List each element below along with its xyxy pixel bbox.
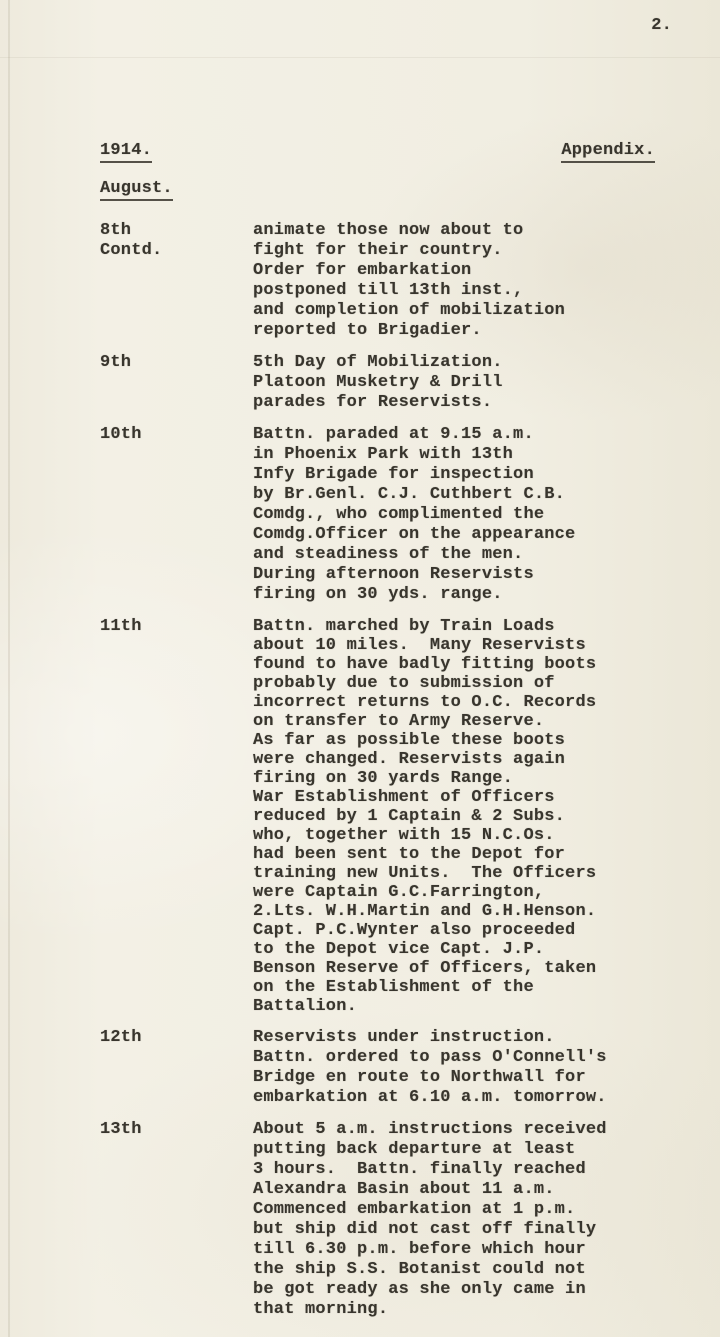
- diary-line: were changed. Reservists again: [253, 750, 596, 769]
- diary-line: Reservists under instruction.: [253, 1028, 607, 1048]
- diary-line: reported to Brigadier.: [253, 321, 565, 341]
- diary-line: 3 hours. Battn. finally reached: [253, 1160, 607, 1180]
- diary-line: about 10 miles. Many Reservists: [253, 636, 596, 655]
- diary-line: found to have badly fitting boots: [253, 655, 596, 674]
- diary-line: reduced by 1 Captain & 2 Subs.: [253, 807, 596, 826]
- entry-date: 8thContd.: [100, 221, 253, 341]
- entry-date-line: 10th: [100, 425, 253, 445]
- diary-line: and steadiness of the men.: [253, 545, 575, 565]
- entry-date-line: 9th: [100, 353, 253, 373]
- entry-date-line: 8th: [100, 221, 253, 241]
- diary-line: incorrect returns to O.C. Records: [253, 693, 596, 712]
- diary-line: and completion of mobilization: [253, 301, 565, 321]
- diary-line: Battn. ordered to pass O'Connell's: [253, 1048, 607, 1068]
- appendix-heading: Appendix.: [561, 141, 655, 163]
- diary-line: embarkation at 6.10 a.m. tomorrow.: [253, 1088, 607, 1108]
- diary-entries: 8thContd.animate those now about tofight…: [100, 221, 655, 1320]
- diary-line: Comdg., who complimented the: [253, 505, 575, 525]
- diary-line: Battn. marched by Train Loads: [253, 617, 596, 636]
- diary-entry: 11thBattn. marched by Train Loadsabout 1…: [100, 617, 655, 1016]
- diary-line: 2.Lts. W.H.Martin and G.H.Henson.: [253, 902, 596, 921]
- entry-text: Reservists under instruction.Battn. orde…: [253, 1028, 607, 1108]
- diary-line: that morning.: [253, 1300, 607, 1320]
- entry-date-line: 12th: [100, 1028, 253, 1048]
- diary-line: War Establishment of Officers: [253, 788, 596, 807]
- entry-date-line: Contd.: [100, 241, 253, 261]
- paper-crease: [0, 57, 720, 58]
- diary-line: till 6.30 p.m. before which hour: [253, 1240, 607, 1260]
- diary-line: were Captain G.C.Farrington,: [253, 883, 596, 902]
- diary-line: who, together with 15 N.C.Os.: [253, 826, 596, 845]
- entry-text: Battn. paraded at 9.15 a.m.in Phoenix Pa…: [253, 425, 575, 605]
- entry-date: 11th: [100, 617, 253, 1016]
- diary-line: Order for embarkation: [253, 261, 565, 281]
- diary-line: Capt. P.C.Wynter also proceeded: [253, 921, 596, 940]
- diary-line: Benson Reserve of Officers, taken: [253, 959, 596, 978]
- diary-line: training new Units. The Officers: [253, 864, 596, 883]
- page-edge-shadow: [8, 0, 10, 1337]
- diary-line: postponed till 13th inst.,: [253, 281, 565, 301]
- entry-text: 5th Day of Mobilization.Platoon Musketry…: [253, 353, 503, 413]
- diary-line: 5th Day of Mobilization.: [253, 353, 503, 373]
- entry-date-line: 11th: [100, 617, 253, 636]
- diary-line: Platoon Musketry & Drill: [253, 373, 503, 393]
- diary-line: to the Depot vice Capt. J.P.: [253, 940, 596, 959]
- diary-entry: 12thReservists under instruction.Battn. …: [100, 1028, 655, 1108]
- diary-entry: 10thBattn. paraded at 9.15 a.m.in Phoeni…: [100, 425, 655, 605]
- entry-text: Battn. marched by Train Loadsabout 10 mi…: [253, 617, 596, 1016]
- diary-line: About 5 a.m. instructions received: [253, 1120, 607, 1140]
- page-header: 1914. Appendix.: [100, 0, 655, 163]
- diary-line: parades for Reservists.: [253, 393, 503, 413]
- page-number: 2.: [651, 16, 672, 35]
- diary-line: Commenced embarkation at 1 p.m.: [253, 1200, 607, 1220]
- entry-text: animate those now about tofight for thei…: [253, 221, 565, 341]
- diary-line: by Br.Genl. C.J. Cuthbert C.B.: [253, 485, 575, 505]
- diary-line: but ship did not cast off finally: [253, 1220, 607, 1240]
- diary-line: probably due to submission of: [253, 674, 596, 693]
- diary-line: Comdg.Officer on the appearance: [253, 525, 575, 545]
- diary-entry: 13thAbout 5 a.m. instructions receivedpu…: [100, 1120, 655, 1320]
- diary-line: As far as possible these boots: [253, 731, 596, 750]
- month-heading-row: August.: [100, 179, 655, 201]
- diary-line: Infy Brigade for inspection: [253, 465, 575, 485]
- diary-line: on the Establishment of the: [253, 978, 596, 997]
- diary-line: Alexandra Basin about 11 a.m.: [253, 1180, 607, 1200]
- diary-line: had been sent to the Depot for: [253, 845, 596, 864]
- entry-date: 9th: [100, 353, 253, 413]
- entry-date: 10th: [100, 425, 253, 605]
- diary-line: firing on 30 yds. range.: [253, 585, 575, 605]
- diary-entry: 8thContd.animate those now about tofight…: [100, 221, 655, 341]
- entry-date-line: 13th: [100, 1120, 253, 1140]
- diary-line: the ship S.S. Botanist could not: [253, 1260, 607, 1280]
- entry-text: About 5 a.m. instructions receivedputtin…: [253, 1120, 607, 1320]
- diary-line: firing on 30 yards Range.: [253, 769, 596, 788]
- year-heading: 1914.: [100, 141, 152, 163]
- month-heading: August.: [100, 179, 173, 201]
- diary-line: fight for their country.: [253, 241, 565, 261]
- diary-line: animate those now about to: [253, 221, 565, 241]
- diary-line: During afternoon Reservists: [253, 565, 575, 585]
- entry-date: 12th: [100, 1028, 253, 1108]
- diary-line: Battn. paraded at 9.15 a.m.: [253, 425, 575, 445]
- diary-line: in Phoenix Park with 13th: [253, 445, 575, 465]
- diary-entry: 9th5th Day of Mobilization.Platoon Muske…: [100, 353, 655, 413]
- diary-line: be got ready as she only came in: [253, 1280, 607, 1300]
- diary-line: on transfer to Army Reserve.: [253, 712, 596, 731]
- diary-line: Bridge en route to Northwall for: [253, 1068, 607, 1088]
- entry-date: 13th: [100, 1120, 253, 1320]
- diary-line: putting back departure at least: [253, 1140, 607, 1160]
- scanned-diary-page: 2. 1914. Appendix. August. 8thContd.anim…: [0, 0, 720, 1337]
- diary-line: Battalion.: [253, 997, 596, 1016]
